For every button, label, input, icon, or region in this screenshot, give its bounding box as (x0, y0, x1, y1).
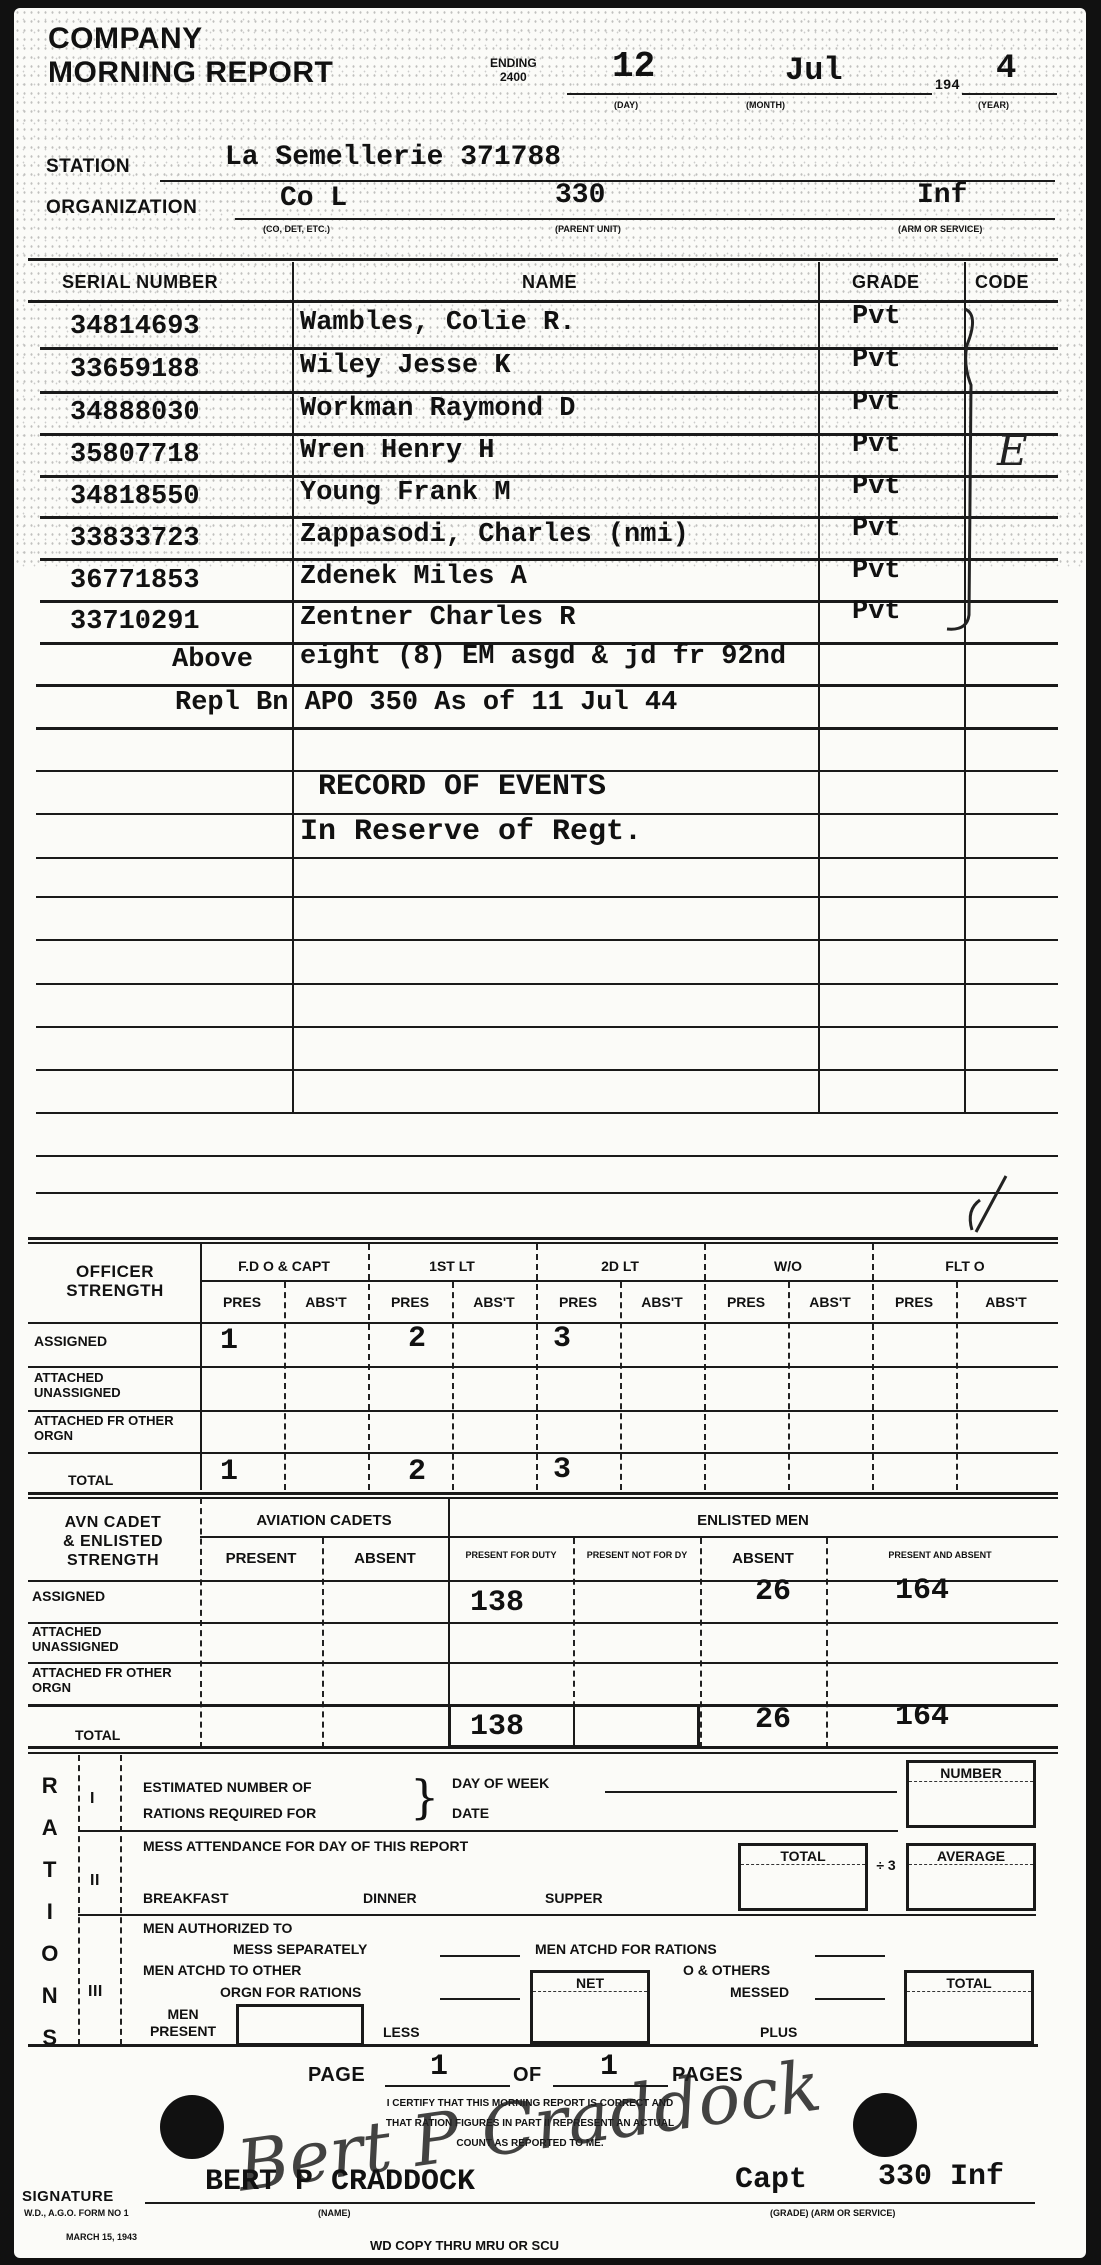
parent-caption: (PARENT UNIT) (555, 224, 621, 234)
note-line-1: eight (8) EM asgd & jd fr 92nd (300, 642, 786, 672)
ending-label: ENDING2400 (490, 56, 537, 84)
serial-number: 35807718 (70, 440, 200, 470)
title-line-1: COMPANY (48, 22, 333, 56)
organization-unit: Co L (280, 183, 347, 214)
punch-hole-right (853, 2093, 917, 2157)
copy-note: WD COPY THRU MRU OR SCU (370, 2238, 559, 2253)
grade: Pvt (852, 556, 901, 586)
enlisted-total-present-duty: 138 (470, 1710, 524, 1744)
soldier-name: Zappasodi, Charles (nmi) (300, 520, 689, 550)
svg-text:E: E (996, 426, 1028, 475)
enlisted-row-attached-unassigned: ATTACHED UNASSIGNED (32, 1624, 182, 1654)
plus-label: PLUS (760, 2024, 797, 2040)
day-caption: (DAY) (614, 100, 638, 110)
grade: Pvt (852, 514, 901, 544)
organization-parent: 330 (555, 180, 605, 211)
orgn-for-rations-label: ORGN FOR RATIONS (220, 1984, 361, 2000)
enlisted-row-total: TOTAL (75, 1727, 120, 1743)
sub-cadets-present: PRESENT (200, 1550, 322, 1567)
sub-present-for-duty: PRESENT FOR DUTY (452, 1543, 570, 1567)
month-caption: (MONTH) (746, 100, 785, 110)
group-2d-lt: 2D LT (536, 1258, 704, 1274)
officer-assigned-capt-pres: 1 (220, 1324, 238, 1358)
note-above: Above (172, 645, 253, 675)
page-label: PAGE (308, 2064, 365, 2087)
day-of-week-label: DAY OF WEEK (452, 1775, 549, 1791)
dinner-label: DINNER (363, 1890, 417, 1906)
men-atchd-other-label: MEN ATCHD TO OTHER (143, 1962, 301, 1978)
officer-total-1stlt-pres: 2 (408, 1455, 426, 1489)
title-line-2: MORNING REPORT (48, 56, 333, 90)
officer-arm: 330 Inf (878, 2160, 1004, 2194)
group-1st-lt: 1ST LT (368, 1258, 536, 1274)
men-atchd-rations-label: MEN ATCHD FOR RATIONS (535, 1941, 717, 1957)
officer-strength-title: OFFICERSTRENGTH (32, 1262, 198, 1300)
serial-number: 33833723 (70, 524, 200, 554)
year-caption: (YEAR) (978, 100, 1009, 110)
officer-row-total: TOTAL (68, 1472, 113, 1488)
supper-label: SUPPER (545, 1890, 603, 1906)
officers-others-label: O & OTHERS (683, 1962, 770, 1978)
signature-line (145, 2202, 1035, 2204)
col-code: CODE (975, 272, 1029, 293)
serial-number: 34888030 (70, 398, 200, 428)
grade: Pvt (852, 388, 901, 418)
group-aviation-cadets: AVIATION CADETS (200, 1512, 448, 1529)
enlisted-assigned-absent: 26 (755, 1575, 791, 1609)
soldier-name: Wambles, Colie R. (300, 308, 575, 338)
unit-caption: (CO, DET, ETC.) (263, 224, 330, 234)
group-fdo-capt: F.D O & CAPT (200, 1258, 368, 1274)
mess-separately-field[interactable] (440, 1955, 520, 1957)
report-year: 4 (996, 50, 1016, 88)
grade: Pvt (852, 302, 901, 332)
officer-total-2dlt-pres: 3 (553, 1453, 571, 1487)
serial-number: 34814693 (70, 312, 200, 342)
less-label: LESS (383, 2024, 420, 2040)
sub-present-not-for-duty: PRESENT NOT FOR DY (577, 1543, 697, 1567)
brace: } (410, 1770, 439, 1824)
group-flt-o: FLT O (872, 1258, 1058, 1274)
organization-underline (235, 218, 1055, 220)
year-underline (962, 93, 1057, 95)
date-underline (567, 93, 932, 95)
name-caption: (NAME) (318, 2208, 351, 2218)
estimated-rations-label: ESTIMATED NUMBER OFRATIONS REQUIRED FOR (143, 1774, 316, 1826)
organization-arm: Inf (917, 180, 967, 211)
men-authorized-label: MEN AUTHORIZED TO (143, 1920, 292, 1936)
form-title: COMPANY MORNING REPORT (48, 22, 333, 90)
grade: Pvt (852, 345, 901, 375)
messed-label: MESSED (730, 1984, 789, 2000)
men-atchd-rations-field[interactable] (815, 1955, 885, 1957)
grade: Pvt (852, 472, 901, 502)
enlisted-row-assigned: ASSIGNED (32, 1588, 105, 1604)
men-present-label: MENPRESENT (143, 2006, 223, 2040)
note-line-2: Repl Bn APO 350 As of 11 Jul 44 (175, 688, 677, 718)
year-prefix: 194 (935, 76, 960, 92)
page-number: 1 (430, 2050, 448, 2084)
enlisted-assigned-total: 164 (895, 1574, 949, 1608)
group-wo: W/O (704, 1258, 872, 1274)
rations-side-label: R A T I O N S (38, 1765, 62, 2059)
record-of-events-heading: RECORD OF EVENTS (318, 770, 606, 804)
form-number: W.D., A.G.O. FORM NO 1 (24, 2208, 129, 2218)
officer-assigned-1stlt-pres: 2 (408, 1322, 426, 1356)
enlisted-total-total: 164 (895, 1700, 949, 1734)
orgn-for-rations-field[interactable] (440, 1998, 520, 2000)
serial-number: 33659188 (70, 355, 200, 385)
officer-grade: Capt (735, 2163, 807, 2197)
grade: Pvt (852, 597, 901, 627)
enlisted-total-absent: 26 (755, 1703, 791, 1737)
sub-present-and-absent: PRESENT AND ABSENT (860, 1543, 1020, 1567)
station-label: STATION (46, 156, 130, 178)
divide-by-three: ÷ 3 (874, 1855, 898, 1875)
signature-label: SIGNATURE (22, 2188, 114, 2205)
officer-row-attached-unassigned: ATTACHED UNASSIGNED (34, 1370, 184, 1400)
rations-section-1: I (90, 1790, 95, 1808)
men-present-box[interactable] (236, 2004, 364, 2046)
officer-assigned-2dlt-pres: 3 (553, 1322, 571, 1356)
ration-number-box[interactable]: NUMBER (906, 1760, 1036, 1828)
officer-row-assigned: ASSIGNED (34, 1333, 107, 1349)
officer-total-capt-pres: 1 (220, 1455, 238, 1489)
enlisted-strength-title: AVN CADET & ENLISTED STRENGTH (30, 1513, 196, 1570)
code-bracket-mark: E (935, 305, 1045, 635)
mess-average-box[interactable]: AVERAGE (906, 1843, 1036, 1911)
arm-caption: (ARM OR SERVICE) (898, 224, 982, 234)
report-day: 12 (612, 46, 655, 87)
station-value: La Semellerie 371788 (225, 142, 561, 173)
roster-header-rule (28, 300, 1058, 303)
check-mark (958, 1170, 1018, 1240)
officer-row-attached-other: ATTACHED FR OTHER ORGN (34, 1413, 184, 1443)
col-grade: GRADE (852, 272, 920, 293)
soldier-name: Workman Raymond D (300, 394, 575, 424)
rations-total-box[interactable]: TOTAL (904, 1970, 1034, 2044)
mess-total-box[interactable]: TOTAL (738, 1843, 868, 1911)
soldier-name: Wren Henry H (300, 436, 494, 466)
punch-hole-left (160, 2095, 224, 2159)
sub-cadets-absent: ABSENT (322, 1550, 448, 1567)
sub-absent: ABSENT (700, 1550, 826, 1567)
officer-name: BERT P CRADDOCK (205, 2165, 475, 2199)
col-serial-number: SERIAL NUMBER (62, 272, 218, 293)
date-label: DATE (452, 1805, 489, 1821)
rations-section-2: II (90, 1872, 100, 1890)
serial-number: 33710291 (70, 607, 200, 637)
enlisted-assigned-present-duty: 138 (470, 1586, 524, 1620)
soldier-name: Wiley Jesse K (300, 351, 511, 381)
report-month: Jul (785, 52, 843, 89)
enlisted-row-attached-other: ATTACHED FR OTHER ORGN (32, 1665, 182, 1695)
soldier-name: Zentner Charles R (300, 603, 575, 633)
record-of-events-entry: In Reserve of Regt. (300, 815, 642, 849)
grade-arm-caption: (GRADE) (ARM OR SERVICE) (770, 2208, 895, 2218)
col-name: NAME (522, 272, 577, 293)
soldier-name: Young Frank M (300, 478, 511, 508)
organization-label: ORGANIZATION (46, 197, 197, 219)
mess-separately-label: MESS SEPARATELY (233, 1941, 367, 1957)
form-date: MARCH 15, 1943 (66, 2232, 137, 2242)
rations-section-3: III (88, 1983, 103, 2001)
grade: Pvt (852, 430, 901, 460)
serial-number: 36771853 (70, 566, 200, 596)
group-enlisted-men: ENLISTED MEN (448, 1512, 1058, 1529)
day-of-week-field[interactable] (605, 1791, 897, 1793)
serial-number: 34818550 (70, 482, 200, 512)
messed-field[interactable] (815, 1998, 885, 2000)
roster-top-rule (28, 258, 1058, 261)
breakfast-label: BREAKFAST (143, 1890, 229, 1906)
mess-attendance-label: MESS ATTENDANCE FOR DAY OF THIS REPORT (143, 1838, 468, 1854)
soldier-name: Zdenek Miles A (300, 562, 527, 592)
net-box[interactable]: NET (530, 1970, 650, 2044)
